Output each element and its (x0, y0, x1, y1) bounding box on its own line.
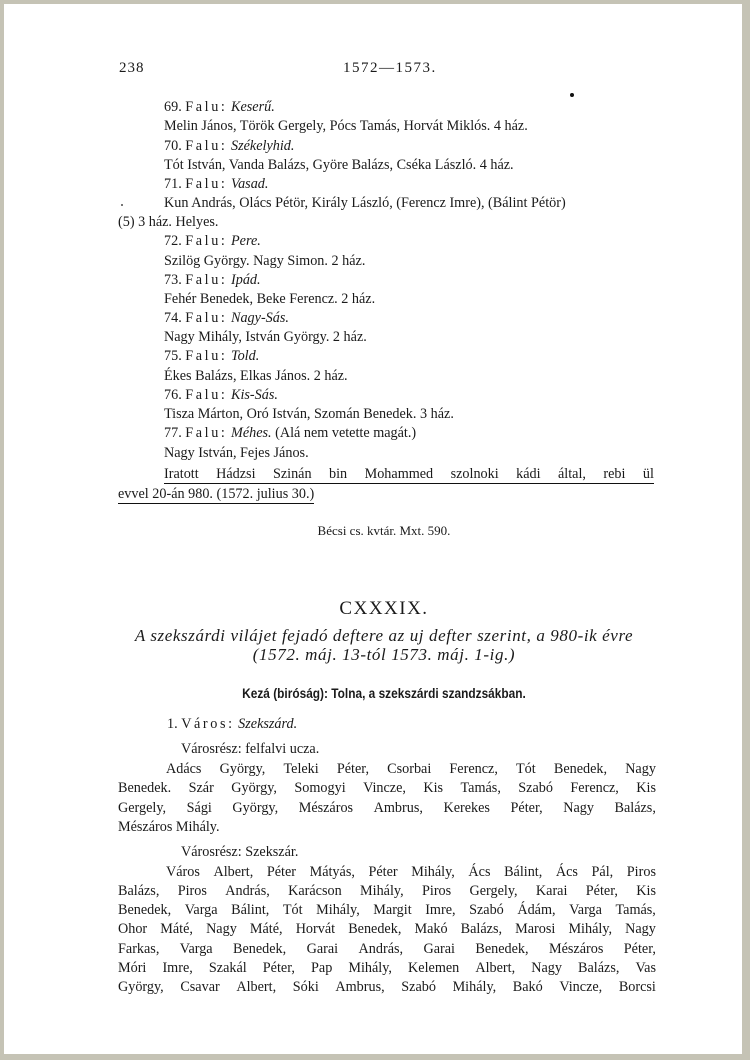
entry-kind: Falu: (185, 425, 227, 441)
page-number: 238 (119, 60, 145, 77)
word: Varga (569, 901, 602, 919)
word: Ács (468, 863, 490, 881)
word: Szabó (401, 978, 436, 996)
city-number: 1. (167, 716, 178, 732)
word: Szakál (209, 959, 247, 977)
word: Balázs, (118, 882, 159, 900)
word: Város (166, 863, 200, 881)
village-heading: 73. Falu: Ipád. (164, 271, 261, 289)
word: Kis (636, 779, 656, 797)
colophon-prefix: evvel (118, 486, 152, 502)
place-name: Nagy-Sás. (231, 310, 289, 326)
running-title: 1572—1573. (343, 60, 437, 77)
word: Adács (166, 760, 201, 778)
entry-number: 72. (164, 233, 182, 249)
word: Kelemen (408, 959, 459, 977)
colophon-date: 20-án 980. (1572. julius 30.) (152, 486, 314, 502)
district-label: Városrész: Szekszár. (181, 843, 298, 861)
word: Péter, (263, 959, 295, 977)
word: Szabó (518, 779, 553, 797)
word: Karácson (288, 882, 342, 900)
entry-number: 74. (164, 310, 182, 326)
word: bin (329, 466, 347, 483)
entry-kind: Falu: (185, 176, 227, 192)
word: Vincze, (559, 978, 602, 996)
word: György, (118, 978, 164, 996)
justified-line: AdácsGyörgy,TelekiPéter,CsorbaiFerencz,T… (166, 760, 656, 778)
entry-number: 75. (164, 348, 182, 364)
word: Sági (187, 799, 212, 817)
word: Karai (536, 882, 568, 900)
word: Gergely, (470, 882, 518, 900)
word: Marosi (515, 920, 555, 938)
word: Kerekes (443, 799, 489, 817)
word: Kis (636, 882, 656, 900)
residents-line: Tisza Márton, Oró István, Szomán Benedek… (164, 405, 454, 423)
entry-number: 73. (164, 272, 182, 288)
entry-kind: Falu: (185, 310, 227, 326)
word: Szinán (273, 466, 312, 483)
word: Garai (423, 940, 455, 958)
word: Ádám, (517, 901, 555, 919)
word: Piros (422, 882, 451, 900)
colophon-line-1: Iratott Hádzsi Szinán bin Mohammed szoln… (164, 466, 654, 484)
word: Móri (118, 959, 146, 977)
word: Nagy (625, 920, 656, 938)
village-heading: 70. Falu: Székelyhid. (164, 137, 294, 155)
city-kind: Város: (181, 716, 234, 732)
ink-speck (121, 204, 123, 206)
colophon-line-2: evvel 20-án 980. (1572. julius 30.) (118, 485, 314, 504)
word: Bálint, (231, 901, 269, 919)
word: Benedek, (475, 940, 528, 958)
section-number: CXXXIX. (114, 598, 654, 620)
justified-line: Gergely,SágiGyörgy,MészárosAmbrus,Kereke… (118, 799, 656, 817)
word: Albert, (213, 863, 253, 881)
place-name: Kis-Sás. (231, 387, 278, 403)
village-heading: 76. Falu: Kis-Sás. (164, 386, 278, 404)
justified-line: György,CsavarAlbert,SókiAmbrus,SzabóMihá… (118, 978, 656, 996)
word: Nagy (206, 920, 237, 938)
place-name: Pere. (231, 233, 261, 249)
word: Ferencz, (449, 760, 497, 778)
word: Mihály, (453, 978, 497, 996)
place-name: Méhes. (231, 425, 272, 441)
word: Mihály, (316, 901, 360, 919)
word: által, (558, 466, 586, 483)
entry-number: 76. (164, 387, 182, 403)
word: György, (231, 779, 277, 797)
word: Pál, (592, 863, 614, 881)
word: Csavar (180, 978, 219, 996)
word: Imre, (425, 901, 455, 919)
ink-speck (570, 93, 574, 97)
village-heading: 71. Falu: Vasad. (164, 175, 268, 193)
word: Gergely, (118, 799, 166, 817)
word: Kis (423, 779, 443, 797)
entry-number: 71. (164, 176, 182, 192)
place-name: Ipád. (231, 272, 261, 288)
entry-number: 77. (164, 425, 182, 441)
district-heading: Kezá (biróság): Tolna, a szekszárdi szan… (146, 686, 621, 701)
word: Albert, (475, 959, 515, 977)
document-page: 238 1572—1573. 69. Falu: Keserű. Melin J… (4, 4, 742, 1054)
entry-kind: Falu: (185, 233, 227, 249)
word: Ohor (118, 920, 147, 938)
residents-line: Fehér Benedek, Beke Ferencz. 2 ház. (164, 290, 375, 308)
village-heading: 74. Falu: Nagy-Sás. (164, 309, 289, 327)
entry-number: 70. (164, 138, 182, 154)
residents-line: Szilög György. Nagy Simon. 2 ház. (164, 252, 365, 270)
justified-line: Farkas,VargaBenedek,GaraiAndrás,GaraiBen… (118, 940, 656, 958)
word: Benedek, (348, 920, 401, 938)
word: Nagy (625, 760, 656, 778)
word: András, (359, 940, 404, 958)
word: Péter, (586, 882, 618, 900)
word: Mihály, (568, 920, 612, 938)
word: Borcsi (619, 978, 656, 996)
word: Somogyi (294, 779, 345, 797)
word: Péter, (337, 760, 369, 778)
word: György, (232, 799, 278, 817)
justified-line: VárosAlbert,PéterMátyás,PéterMihály,ÁcsB… (166, 863, 656, 881)
justified-line: OhorMáté,NagyMáté,HorvátBenedek,MakóBalá… (118, 920, 656, 938)
word: Nagy (531, 959, 562, 977)
word: Benedek. (118, 779, 171, 797)
residents-line: Nagy István, Fejes János. (164, 444, 309, 462)
word: Szabó (469, 901, 504, 919)
justified-line: Benedek,VargaBálint,TótMihály,MargitImre… (118, 901, 656, 919)
word: Garai (307, 940, 339, 958)
word: Benedek, (554, 760, 607, 778)
word: Máté, (160, 920, 193, 938)
entry-number: 69. (164, 99, 182, 115)
word: Péter (267, 863, 296, 881)
word: Margit (373, 901, 411, 919)
word: Albert, (236, 978, 276, 996)
word: Nagy (563, 799, 594, 817)
word: Balázs, (615, 799, 656, 817)
word: György, (220, 760, 266, 778)
entry-kind: Falu: (185, 348, 227, 364)
word: Hádzsi (216, 466, 255, 483)
word: Mihály, (348, 959, 392, 977)
word: Bakó (513, 978, 543, 996)
word: Varga (185, 901, 218, 919)
word: Mihály, (360, 882, 404, 900)
word: ül (643, 466, 654, 483)
entry-kind: Falu: (185, 138, 227, 154)
justified-line: Balázs,PirosAndrás,KarácsonMihály,PirosG… (118, 882, 656, 900)
entry-kind: Falu: (185, 99, 227, 115)
word: Tamás, (615, 901, 655, 919)
word: Piros (178, 882, 207, 900)
word: Szár (189, 779, 214, 797)
word: Ács (556, 863, 578, 881)
word: Máté, (250, 920, 283, 938)
village-heading: 69. Falu: Keserű. (164, 98, 275, 116)
residents-line: Mészáros Mihály. (118, 818, 220, 836)
word: Mészáros (549, 940, 603, 958)
justified-line: Benedek.SzárGyörgy,SomogyiVincze,KisTamá… (118, 779, 656, 797)
word: Ambrus, (335, 978, 384, 996)
justified-line: MóriImre,SzakálPéter,PapMihály,KelemenAl… (118, 959, 656, 977)
word: Péter, (511, 799, 543, 817)
entry-note: (Alá nem vetette magát.) (275, 425, 416, 441)
word: Piros (627, 863, 656, 881)
residents-line: Ékes Balázs, Elkas János. 2 ház. (164, 367, 348, 385)
word: szolnoki (451, 466, 499, 483)
word: Sóki (293, 978, 319, 996)
word: Tót (283, 901, 303, 919)
word: Iratott (164, 466, 199, 483)
city-name: Szekszárd. (238, 716, 297, 732)
city-heading: 1. Város: Szekszárd. (167, 715, 297, 733)
word: Péter (368, 863, 397, 881)
word: Ambrus, (374, 799, 423, 817)
word: Vas (635, 959, 656, 977)
word: Balázs, (578, 959, 619, 977)
word: Tamás, (461, 779, 501, 797)
colophon-date-underlined: evvel 20-án 980. (1572. julius 30.) (118, 486, 314, 504)
entry-kind: Falu: (185, 272, 227, 288)
source-citation: Bécsi cs. kvtár. Mxt. 590. (204, 522, 564, 540)
residents-line: Melin János, Török Gergely, Pócs Tamás, … (164, 117, 528, 135)
word: Pap (311, 959, 332, 977)
word: Péter, (624, 940, 656, 958)
section-title-line-2: (1572. máj. 13-tól 1573. máj. 1-ig.) (114, 645, 654, 665)
word: Teleki (283, 760, 318, 778)
word: Balázs, (461, 920, 502, 938)
district-label: Városrész: felfalvi ucza. (181, 740, 319, 758)
word: András, (225, 882, 270, 900)
word: kádi (516, 466, 540, 483)
word: Csorbai (387, 760, 431, 778)
entry-kind: Falu: (185, 387, 227, 403)
word: Ferencz, (570, 779, 618, 797)
word: Mohammed (365, 466, 434, 483)
village-heading: 77. Falu: Méhes. (Alá nem vetette magát.… (164, 424, 416, 442)
village-heading: 72. Falu: Pere. (164, 232, 261, 250)
place-name: Székelyhid. (231, 138, 294, 154)
word: Mészáros (299, 799, 353, 817)
word: Benedek, (233, 940, 286, 958)
residents-line: Nagy Mihály, István György. 2 ház. (164, 328, 367, 346)
word: Farkas, (118, 940, 159, 958)
section-title-line-1: A szekszárdi vilájet fejadó deftere az u… (114, 626, 654, 646)
residents-line: (5) 3 ház. Helyes. (118, 213, 218, 231)
word: Benedek, (118, 901, 171, 919)
word: Bálint, (504, 863, 542, 881)
residents-line: Kun András, Olács Pétör, Király László, … (164, 194, 566, 212)
village-heading: 75. Falu: Told. (164, 347, 259, 365)
place-name: Vasad. (231, 176, 268, 192)
word: Vincze, (363, 779, 406, 797)
word: rebi (603, 466, 625, 483)
word: Mátyás, (310, 863, 355, 881)
word: Varga (180, 940, 213, 958)
place-name: Told. (231, 348, 259, 364)
word: Makó (414, 920, 447, 938)
word: Tót (516, 760, 536, 778)
word: Horvát (296, 920, 335, 938)
word: Imre, (162, 959, 192, 977)
place-name: Keserű. (231, 99, 275, 115)
word: Mihály, (411, 863, 455, 881)
residents-line: Tót István, Vanda Balázs, Györe Balázs, … (164, 156, 514, 174)
